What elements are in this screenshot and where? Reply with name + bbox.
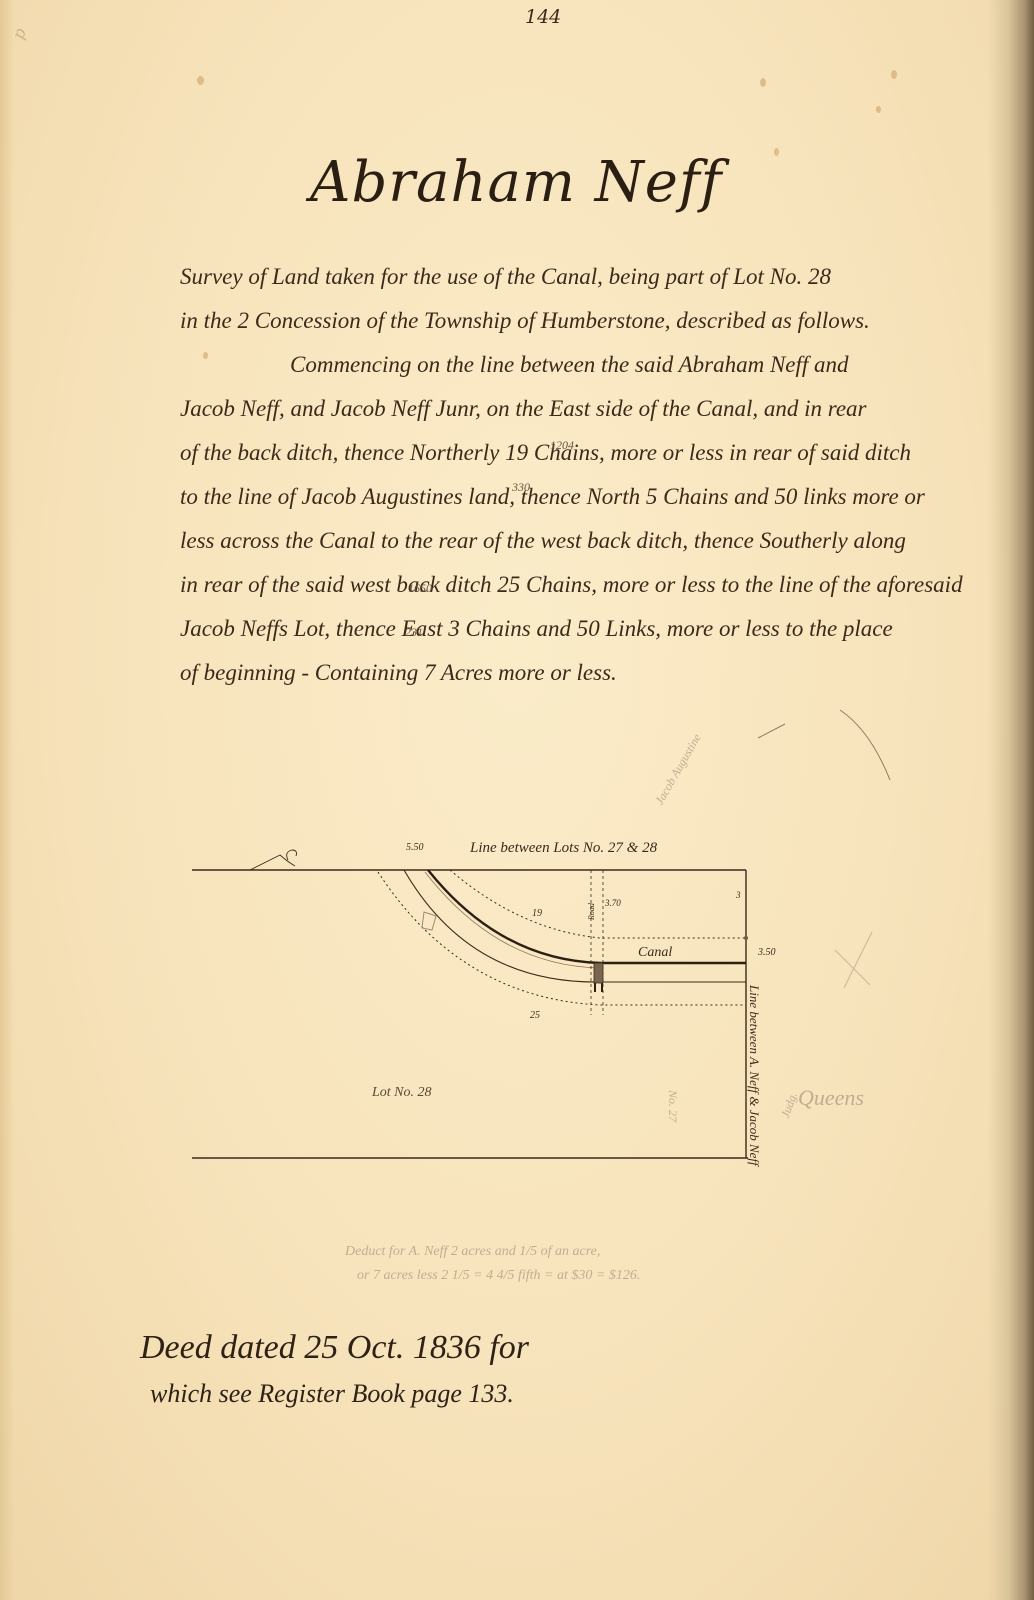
canal-label: Canal (638, 945, 672, 961)
dimension-label: 3.50 (758, 947, 776, 958)
pencil-calculation: Deduct for A. Neff 2 acres and 1/5 of an… (345, 1240, 640, 1288)
foxing-stain (774, 148, 779, 156)
body-line: of beginning - Containing 7 Acres more o… (180, 651, 1000, 695)
right-line-label: Line between A. Neff & Jacob Neff (746, 985, 762, 1166)
dimension-label: 3.70 (605, 898, 621, 908)
dimension-label: 5.50 (406, 842, 424, 853)
page-left-edge (0, 0, 14, 1600)
plan-drawing (180, 820, 800, 1200)
body-line: Jacob Neffs Lot, thence East 3 Chains an… (180, 607, 1000, 651)
survey-plan: Line between Lots No. 27 & 28 5.50 19 3.… (180, 820, 800, 1200)
dimension-label: 3 (736, 890, 741, 900)
foxing-stain (876, 106, 881, 113)
body-line: in rear of the said west back ditch 25 C… (180, 563, 1000, 607)
interlinear-note: 231 (405, 625, 423, 640)
pencil-note-augustine: Jacob Augustine (652, 731, 705, 807)
pencil-x-mark (830, 930, 880, 990)
book-gutter (988, 0, 1034, 1600)
interlinear-note: 330 (512, 480, 530, 495)
foxing-stain (760, 78, 766, 87)
pencil-note: No. 27 (665, 1090, 680, 1122)
top-line-label: Line between Lots No. 27 & 28 (470, 840, 657, 857)
pencil-note: Queens (798, 1085, 864, 1111)
page-number: 144 (525, 6, 561, 28)
document-title: Abraham Neff (310, 150, 722, 215)
ledger-page: 144 p Abraham Neff Survey of Land taken … (0, 0, 1034, 1600)
body-line: of the back ditch, thence Northerly 19 C… (180, 431, 1000, 475)
foxing-stain (891, 70, 897, 79)
body-line: Survey of Land taken for the use of the … (180, 255, 1000, 299)
body-line: Jacob Neff, and Jacob Neff Junr, on the … (180, 387, 1000, 431)
dimension-label: 19 (532, 908, 542, 919)
deed-line: Deed dated 25 Oct. 1836 for (140, 1325, 529, 1371)
body-line: Commencing on the line between the said … (180, 343, 1000, 387)
deed-note: Deed dated 25 Oct. 1836 for which see Re… (140, 1325, 529, 1417)
pencil-strokes (740, 700, 910, 820)
body-line: in the 2 Concession of the Township of H… (180, 299, 1000, 343)
pencil-line: or 7 acres less 2 1/5 = 4 4/5 fifth = at… (345, 1264, 640, 1288)
body-line: to the line of Jacob Augustines land, th… (180, 475, 1000, 519)
body-line: less across the Canal to the rear of the… (180, 519, 1000, 563)
lot-label: Lot No. 28 (372, 1085, 432, 1101)
interlinear-note: 1650 (408, 581, 432, 596)
survey-description: Survey of Land taken for the use of the … (180, 255, 1000, 695)
deed-line: which see Register Book page 133. (140, 1371, 529, 1417)
road-label: Road (587, 903, 596, 920)
foxing-stain (197, 76, 204, 85)
dimension-label: 25 (530, 1010, 540, 1021)
interlinear-note: 1204 (550, 438, 574, 453)
pencil-line: Deduct for A. Neff 2 acres and 1/5 of an… (345, 1240, 640, 1264)
